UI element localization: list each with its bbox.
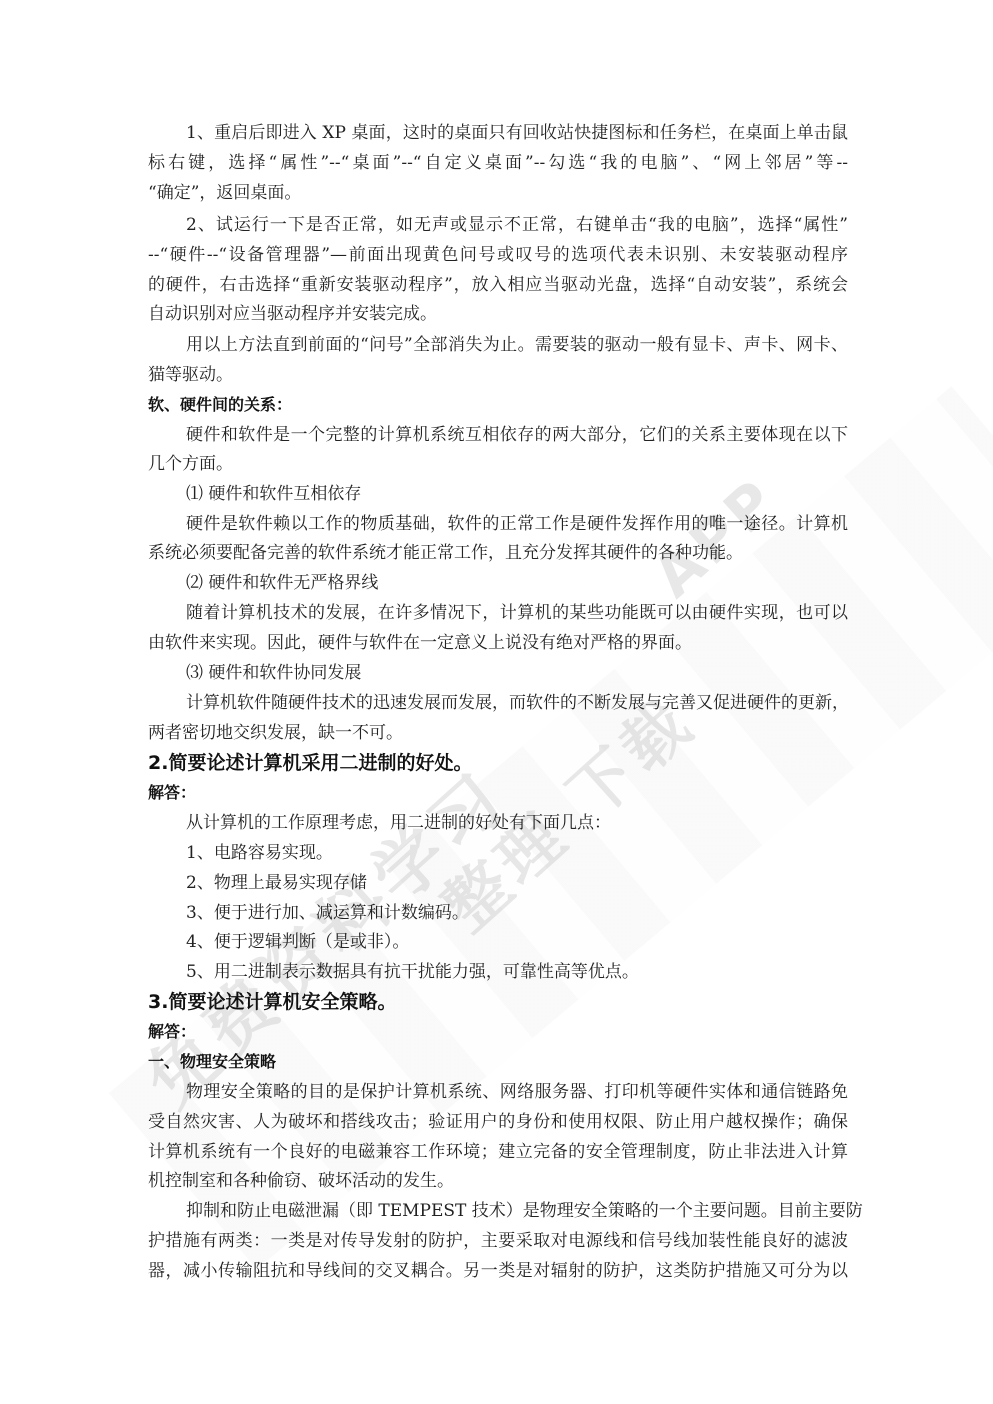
list-item: 3、便于进行加、减运算和计数编码。: [186, 898, 848, 928]
list-item: 2、物理上最易实现存储: [186, 868, 848, 898]
paragraph-line: 随着计算机技术的发展，在许多情况下，计算机的某些功能既可以由硬件实现，也可以: [186, 598, 848, 628]
paragraph-line: 物理安全策略的目的是保护计算机系统、网络服务器、打印机等硬件实体和通信链路免: [186, 1077, 848, 1107]
paragraph-line: “确定”，返回桌面。: [148, 178, 848, 208]
paragraph-line: 抑制和防止电磁泄漏（即 TEMPEST 技术）是物理安全策略的一个主要问题。目前…: [186, 1196, 848, 1226]
paragraph-line: 器，减小传输阻抗和导线间的交叉耦合。另一类是对辐射的防护，这类防护措施又可分为以: [148, 1256, 848, 1286]
paragraph-line: 的硬件，右击选择“重新安装驱动程序”，放入相应当驱动光盘，选择“自动安装”，系统…: [148, 270, 848, 300]
section-heading: 3.简要论述计算机安全策略。: [148, 987, 848, 1017]
paragraph-line: 硬件和软件是一个完整的计算机系统互相依存的两大部分，它们的关系主要体现在以下: [186, 420, 848, 450]
list-item: ⑶ 硬件和软件协同发展: [186, 658, 848, 688]
paragraph-line: 用以上方法直到前面的“问号”全部消失为止。需要装的驱动一般有显卡、声卡、网卡、: [186, 330, 848, 360]
paragraph-line: 几个方面。: [148, 449, 848, 479]
list-item: 4、便于逻辑判断（是或非）。: [186, 927, 848, 957]
list-item: ⑵ 硬件和软件无严格界线: [186, 568, 848, 598]
paragraph-line: 1、重启后即进入 XP 桌面，这时的桌面只有回收站快捷图标和任务栏，在桌面上单击…: [186, 118, 848, 148]
paragraph-line: 机控制室和各种偷窃、破坏活动的发生。: [148, 1166, 848, 1196]
paragraph-line: 标右键，选择“属性”--“桌面”--“自定义桌面”--勾选“我的电脑”、“网上邻…: [148, 148, 848, 178]
list-item: 1、电路容易实现。: [186, 838, 848, 868]
paragraph-line: --“硬件--“设备管理器”—前面出现黄色问号或叹号的选项代表未识别、未安装驱动…: [148, 240, 848, 270]
list-item: 从计算机的工作原理考虑，用二进制的好处有下面几点：: [186, 808, 848, 838]
paragraph-line: 护措施有两类：一类是对传导发射的防护，主要采取对电源线和信号线加装性能良好的滤波: [148, 1226, 848, 1256]
paragraph-line: 两者密切地交织发展，缺一不可。: [148, 718, 848, 748]
paragraph-line: 计算机系统有一个良好的电磁兼容工作环境；建立完备的安全管理制度，防止非法进入计算: [148, 1137, 848, 1167]
subheading: 解答：: [148, 778, 848, 808]
section-heading: 2.简要论述计算机采用二进制的好处。: [148, 748, 848, 778]
paragraph-line: 系统必须要配备完善的软件系统才能正常工作，且充分发挥其硬件的各种功能。: [148, 538, 848, 568]
paragraph-line: 计算机软件随硬件技术的迅速发展而发展，而软件的不断发展与完善又促进硬件的更新，: [186, 688, 848, 718]
paragraph-line: 自动识别对应当驱动程序并安装完成。: [148, 299, 848, 329]
document-page: 免费资料学习 整理 下载 APP 1、重启后即进入 XP 桌面，这时的桌面只有回…: [0, 0, 993, 1404]
paragraph-line: 猫等驱动。: [148, 360, 848, 390]
list-item: 5、用二进制表示数据具有抗干扰能力强，可靠性高等优点。: [186, 957, 848, 987]
subheading: 软、硬件间的关系：: [148, 390, 848, 420]
paragraph-line: 受自然灾害、人为破坏和搭线攻击；验证用户的身份和使用权限、防止用户越权操作；确保: [148, 1107, 848, 1137]
list-item: ⑴ 硬件和软件互相依存: [186, 479, 848, 509]
paragraph-line: 由软件来实现。因此，硬件与软件在一定意义上说没有绝对严格的界面。: [148, 628, 848, 658]
paragraph-line: 2、试运行一下是否正常，如无声或显示不正常，右键单击“我的电脑”，选择“属性”: [186, 210, 848, 240]
paragraph-line: 硬件是软件赖以工作的物质基础，软件的正常工作是硬件发挥作用的唯一途径。计算机: [186, 509, 848, 539]
subheading: 解答：: [148, 1017, 848, 1047]
subheading: 一、物理安全策略: [148, 1047, 848, 1077]
